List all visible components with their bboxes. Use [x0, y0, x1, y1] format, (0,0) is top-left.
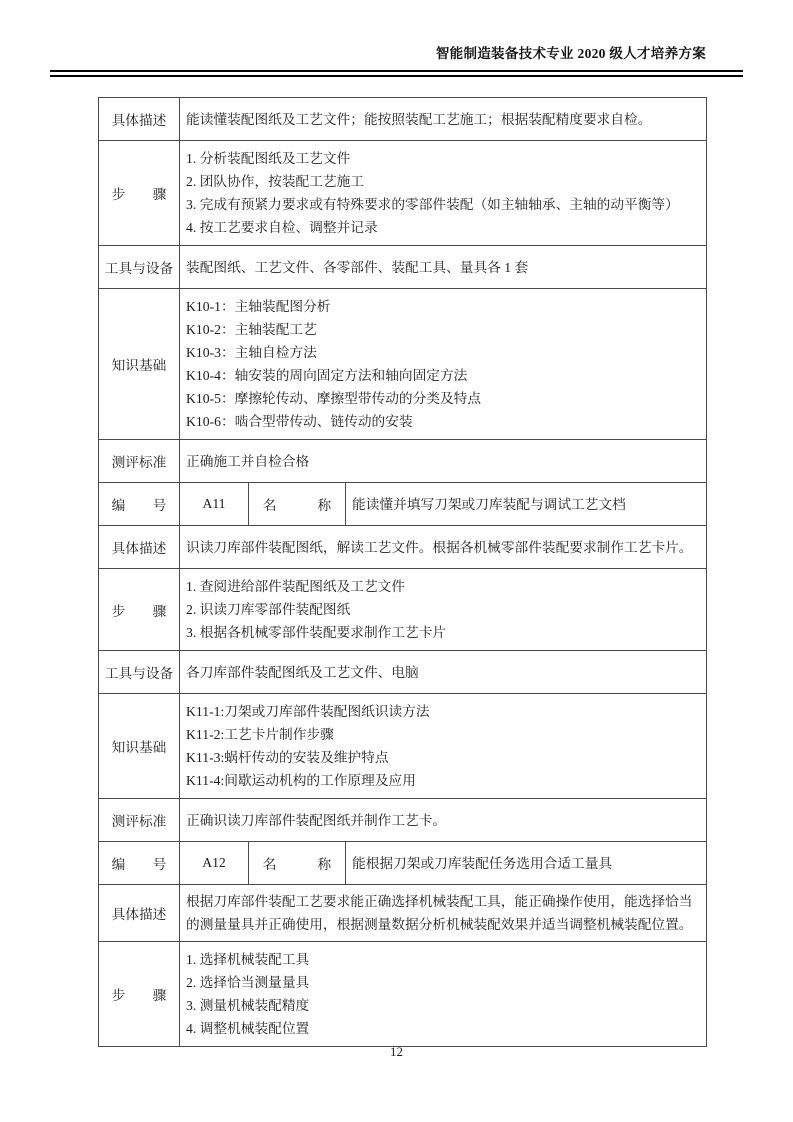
- table-row: 编 号A12名 称能根据刀架或刀库装配任务选用合适工量具: [99, 842, 707, 885]
- table-row: 测评标准正确施工并自检合格: [99, 440, 707, 483]
- row-content-lines: 1. 查阅进给部件装配图纸及工艺文件 2. 识读刀库零部件装配图纸 3. 根据各…: [180, 569, 706, 650]
- table-row: 工具与设备装配图纸、工艺文件、各零部件、装配工具、量具各 1 套: [99, 246, 707, 289]
- table-row: 知识基础K10-1：主轴装配图分析 K10-2：主轴装配工艺 K10-3：主轴自…: [99, 289, 707, 440]
- row-label: 工具与设备: [99, 651, 180, 694]
- row-label: 知识基础: [99, 694, 180, 799]
- table-row: 工具与设备各刀库部件装配图纸及工艺文件、电脑: [99, 651, 707, 694]
- table-row: 具体描述识读刀库部件装配图纸，解读工艺文件。根据各机械零部件装配要求制作工艺卡片…: [99, 526, 707, 569]
- row-content: 1. 分析装配图纸及工艺文件 2. 团队协作，按装配工艺施工 3. 完成有预紧力…: [180, 141, 707, 246]
- row-content: K11-1:刀架或刀库部件装配图纸识读方法 K11-2:工艺卡片制作步骤 K11…: [180, 694, 707, 799]
- row-content-text: 正确识读刀库部件装配图纸并制作工艺卡。: [180, 804, 706, 837]
- row-name-value: 能读懂并填写刀架或刀库装配与调试工艺文档: [346, 483, 707, 526]
- row-label: 编 号: [99, 842, 180, 885]
- row-content: 1. 查阅进给部件装配图纸及工艺文件 2. 识读刀库零部件装配图纸 3. 根据各…: [180, 569, 707, 651]
- row-label: 测评标准: [99, 440, 180, 483]
- row-content: 正确识读刀库部件装配图纸并制作工艺卡。: [180, 799, 707, 842]
- row-content-text: 正确施工并自检合格: [180, 445, 706, 478]
- table-row: 具体描述根据刀库部件装配工艺要求能正确选择机械装配工具，能正确操作使用，能选择恰…: [99, 885, 707, 942]
- row-name-value: 能根据刀架或刀库装配任务选用合适工量具: [346, 842, 707, 885]
- spec-table-body: 具体描述能读懂装配图纸及工艺文件；能按照装配工艺施工；根据装配精度要求自检。步 …: [99, 98, 707, 1047]
- row-label: 步 骤: [99, 942, 180, 1047]
- header-divider-rule: [50, 70, 743, 77]
- spec-table: 具体描述能读懂装配图纸及工艺文件；能按照装配工艺施工；根据装配精度要求自检。步 …: [98, 97, 707, 1047]
- table-row: 步 骤1. 选择机械装配工具 2. 选择恰当测量量具 3. 测量机械装配精度 4…: [99, 942, 707, 1047]
- row-content: K10-1：主轴装配图分析 K10-2：主轴装配工艺 K10-3：主轴自检方法 …: [180, 289, 707, 440]
- row-name-value-text: 能读懂并填写刀架或刀库装配与调试工艺文档: [346, 488, 706, 521]
- row-content-text: 根据刀库部件装配工艺要求能正确选择机械装配工具，能正确操作使用，能选择恰当的测量…: [180, 885, 706, 941]
- row-content: 正确施工并自检合格: [180, 440, 707, 483]
- table-row: 步 骤1. 查阅进给部件装配图纸及工艺文件 2. 识读刀库零部件装配图纸 3. …: [99, 569, 707, 651]
- row-name-label: 名 称: [249, 842, 346, 885]
- row-content-lines: 1. 分析装配图纸及工艺文件 2. 团队协作，按装配工艺施工 3. 完成有预紧力…: [180, 141, 706, 245]
- row-content-lines: 1. 选择机械装配工具 2. 选择恰当测量量具 3. 测量机械装配精度 4. 调…: [180, 942, 706, 1046]
- row-code-value: A12: [180, 842, 249, 885]
- row-label: 知识基础: [99, 289, 180, 440]
- row-label: 编 号: [99, 483, 180, 526]
- row-content: 各刀库部件装配图纸及工艺文件、电脑: [180, 651, 707, 694]
- row-content: 装配图纸、工艺文件、各零部件、装配工具、量具各 1 套: [180, 246, 707, 289]
- row-label: 具体描述: [99, 526, 180, 569]
- table-row: 具体描述能读懂装配图纸及工艺文件；能按照装配工艺施工；根据装配精度要求自检。: [99, 98, 707, 141]
- row-label: 具体描述: [99, 98, 180, 141]
- row-name-value-text: 能根据刀架或刀库装配任务选用合适工量具: [346, 847, 706, 880]
- row-content-lines: K11-1:刀架或刀库部件装配图纸识读方法 K11-2:工艺卡片制作步骤 K11…: [180, 694, 706, 798]
- row-name-label: 名 称: [249, 483, 346, 526]
- row-content-lines: K10-1：主轴装配图分析 K10-2：主轴装配工艺 K10-3：主轴自检方法 …: [180, 289, 706, 439]
- row-label: 步 骤: [99, 569, 180, 651]
- row-content: 1. 选择机械装配工具 2. 选择恰当测量量具 3. 测量机械装配精度 4. 调…: [180, 942, 707, 1047]
- row-content: 根据刀库部件装配工艺要求能正确选择机械装配工具，能正确操作使用，能选择恰当的测量…: [180, 885, 707, 942]
- table-row: 步 骤1. 分析装配图纸及工艺文件 2. 团队协作，按装配工艺施工 3. 完成有…: [99, 141, 707, 246]
- table-row: 测评标准正确识读刀库部件装配图纸并制作工艺卡。: [99, 799, 707, 842]
- row-content-text: 装配图纸、工艺文件、各零部件、装配工具、量具各 1 套: [180, 251, 706, 284]
- table-row: 知识基础K11-1:刀架或刀库部件装配图纸识读方法 K11-2:工艺卡片制作步骤…: [99, 694, 707, 799]
- row-content: 能读懂装配图纸及工艺文件；能按照装配工艺施工；根据装配精度要求自检。: [180, 98, 707, 141]
- row-label: 具体描述: [99, 885, 180, 942]
- row-content: 识读刀库部件装配图纸，解读工艺文件。根据各机械零部件装配要求制作工艺卡片。: [180, 526, 707, 569]
- row-label: 步 骤: [99, 141, 180, 246]
- row-content-text: 识读刀库部件装配图纸，解读工艺文件。根据各机械零部件装配要求制作工艺卡片。: [180, 531, 706, 564]
- table-row: 编 号A11名 称能读懂并填写刀架或刀库装配与调试工艺文档: [99, 483, 707, 526]
- page-header-title: 智能制造装备技术专业 2020 级人才培养方案: [436, 42, 706, 62]
- row-content-text: 能读懂装配图纸及工艺文件；能按照装配工艺施工；根据装配精度要求自检。: [180, 103, 706, 136]
- page-number: 12: [0, 1044, 793, 1060]
- row-label: 测评标准: [99, 799, 180, 842]
- row-label: 工具与设备: [99, 246, 180, 289]
- row-code-value: A11: [180, 483, 249, 526]
- document-page: 智能制造装备技术专业 2020 级人才培养方案 具体描述能读懂装配图纸及工艺文件…: [0, 0, 793, 1122]
- row-content-text: 各刀库部件装配图纸及工艺文件、电脑: [180, 656, 706, 689]
